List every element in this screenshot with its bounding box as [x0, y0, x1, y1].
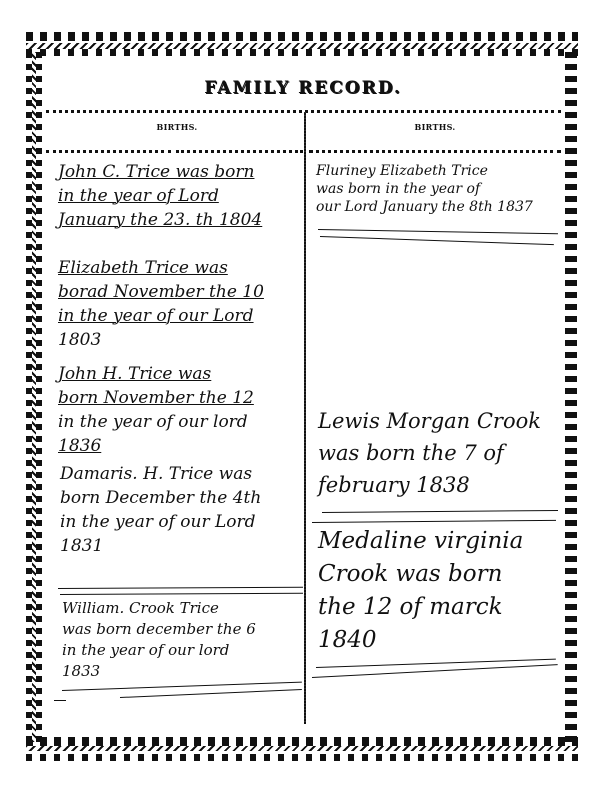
- header-divider-right: [309, 150, 561, 153]
- entry-line: John C. Trice was born: [58, 160, 262, 184]
- family-record-page: FAMILY RECORD. BIRTHS. BIRTHS. John C. T…: [0, 0, 600, 785]
- birth-entry-william-crook-trice: William. Crook Trice was born december t…: [62, 598, 256, 682]
- entry-line: William. Crook Trice: [62, 598, 256, 619]
- header-divider-left: [46, 150, 171, 153]
- decorative-border-right: [565, 52, 577, 742]
- entry-line: 1840: [318, 624, 523, 657]
- entry-line: Crook was born: [318, 558, 523, 591]
- entry-line: the 12 of marck: [318, 591, 523, 624]
- page-title: FAMILY RECORD.: [44, 78, 562, 98]
- entry-line: our Lord January the 8th 1837: [316, 198, 533, 216]
- entry-line: born December the 4th: [60, 486, 261, 510]
- hand-drawn-separator: [120, 689, 302, 698]
- column-divider: [304, 112, 306, 724]
- entry-line: Damaris. H. Trice was: [60, 462, 261, 486]
- entry-line: in the year of our Lord: [58, 304, 264, 328]
- entry-line: in the year of Lord: [58, 184, 262, 208]
- column-header-births-right: BIRTHS.: [310, 122, 560, 132]
- hand-drawn-separator: [320, 236, 554, 245]
- birth-entry-elizabeth-trice: Elizabeth Trice was borad November the 1…: [58, 256, 264, 352]
- entry-line: Medaline virginia: [318, 525, 523, 558]
- column-header-births-left: BIRTHS.: [52, 122, 302, 132]
- entry-line: John H. Trice was: [58, 362, 254, 386]
- decorative-border-bottom: [26, 737, 578, 761]
- entry-line: february 1838: [318, 469, 541, 501]
- birth-entry-john-h-trice: John H. Trice was born November the 12 i…: [58, 362, 254, 458]
- entry-line: Lewis Morgan Crook: [318, 405, 541, 437]
- entry-line: was born the 7 of: [318, 437, 541, 469]
- entry-line: 1803: [58, 328, 264, 352]
- decorative-border-left: [26, 52, 42, 742]
- hand-drawn-separator: [318, 229, 558, 234]
- hand-drawn-separator: [60, 593, 303, 595]
- entry-line: January the 23. th 1804: [58, 208, 262, 232]
- birth-entry-medaline-virginia-crook: Medaline virginia Crook was born the 12 …: [318, 525, 523, 657]
- birth-entry-damaris-h-trice: Damaris. H. Trice was born December the …: [60, 462, 261, 558]
- entry-line: borad November the 10: [58, 280, 264, 304]
- birth-entry-fluriney-elizabeth-trice: Fluriney Elizabeth Trice was born in the…: [316, 162, 533, 216]
- hand-drawn-separator: [62, 682, 302, 691]
- entry-line: in the year of our lord: [62, 640, 256, 661]
- header-divider-left-2: [176, 150, 303, 153]
- entry-line: was born december the 6: [62, 619, 256, 640]
- entry-line: Elizabeth Trice was: [58, 256, 264, 280]
- entry-line: in the year of our Lord: [60, 510, 261, 534]
- hand-drawn-separator: [54, 700, 66, 701]
- entry-line: Fluriney Elizabeth Trice: [316, 162, 533, 180]
- decorative-border-top: [26, 32, 578, 56]
- hand-drawn-separator: [322, 510, 558, 513]
- entry-line: born November the 12: [58, 386, 254, 410]
- hand-drawn-separator: [58, 587, 303, 589]
- entry-line: 1833: [62, 661, 256, 682]
- entry-line: in the year of our lord: [58, 410, 254, 434]
- entry-line: was born in the year of: [316, 180, 533, 198]
- hand-drawn-separator: [312, 520, 556, 523]
- birth-entry-lewis-morgan-crook: Lewis Morgan Crook was born the 7 of feb…: [318, 405, 541, 501]
- birth-entry-john-c-trice: John C. Trice was born in the year of Lo…: [58, 160, 262, 232]
- entry-line: 1831: [60, 534, 261, 558]
- entry-line: 1836: [58, 434, 254, 458]
